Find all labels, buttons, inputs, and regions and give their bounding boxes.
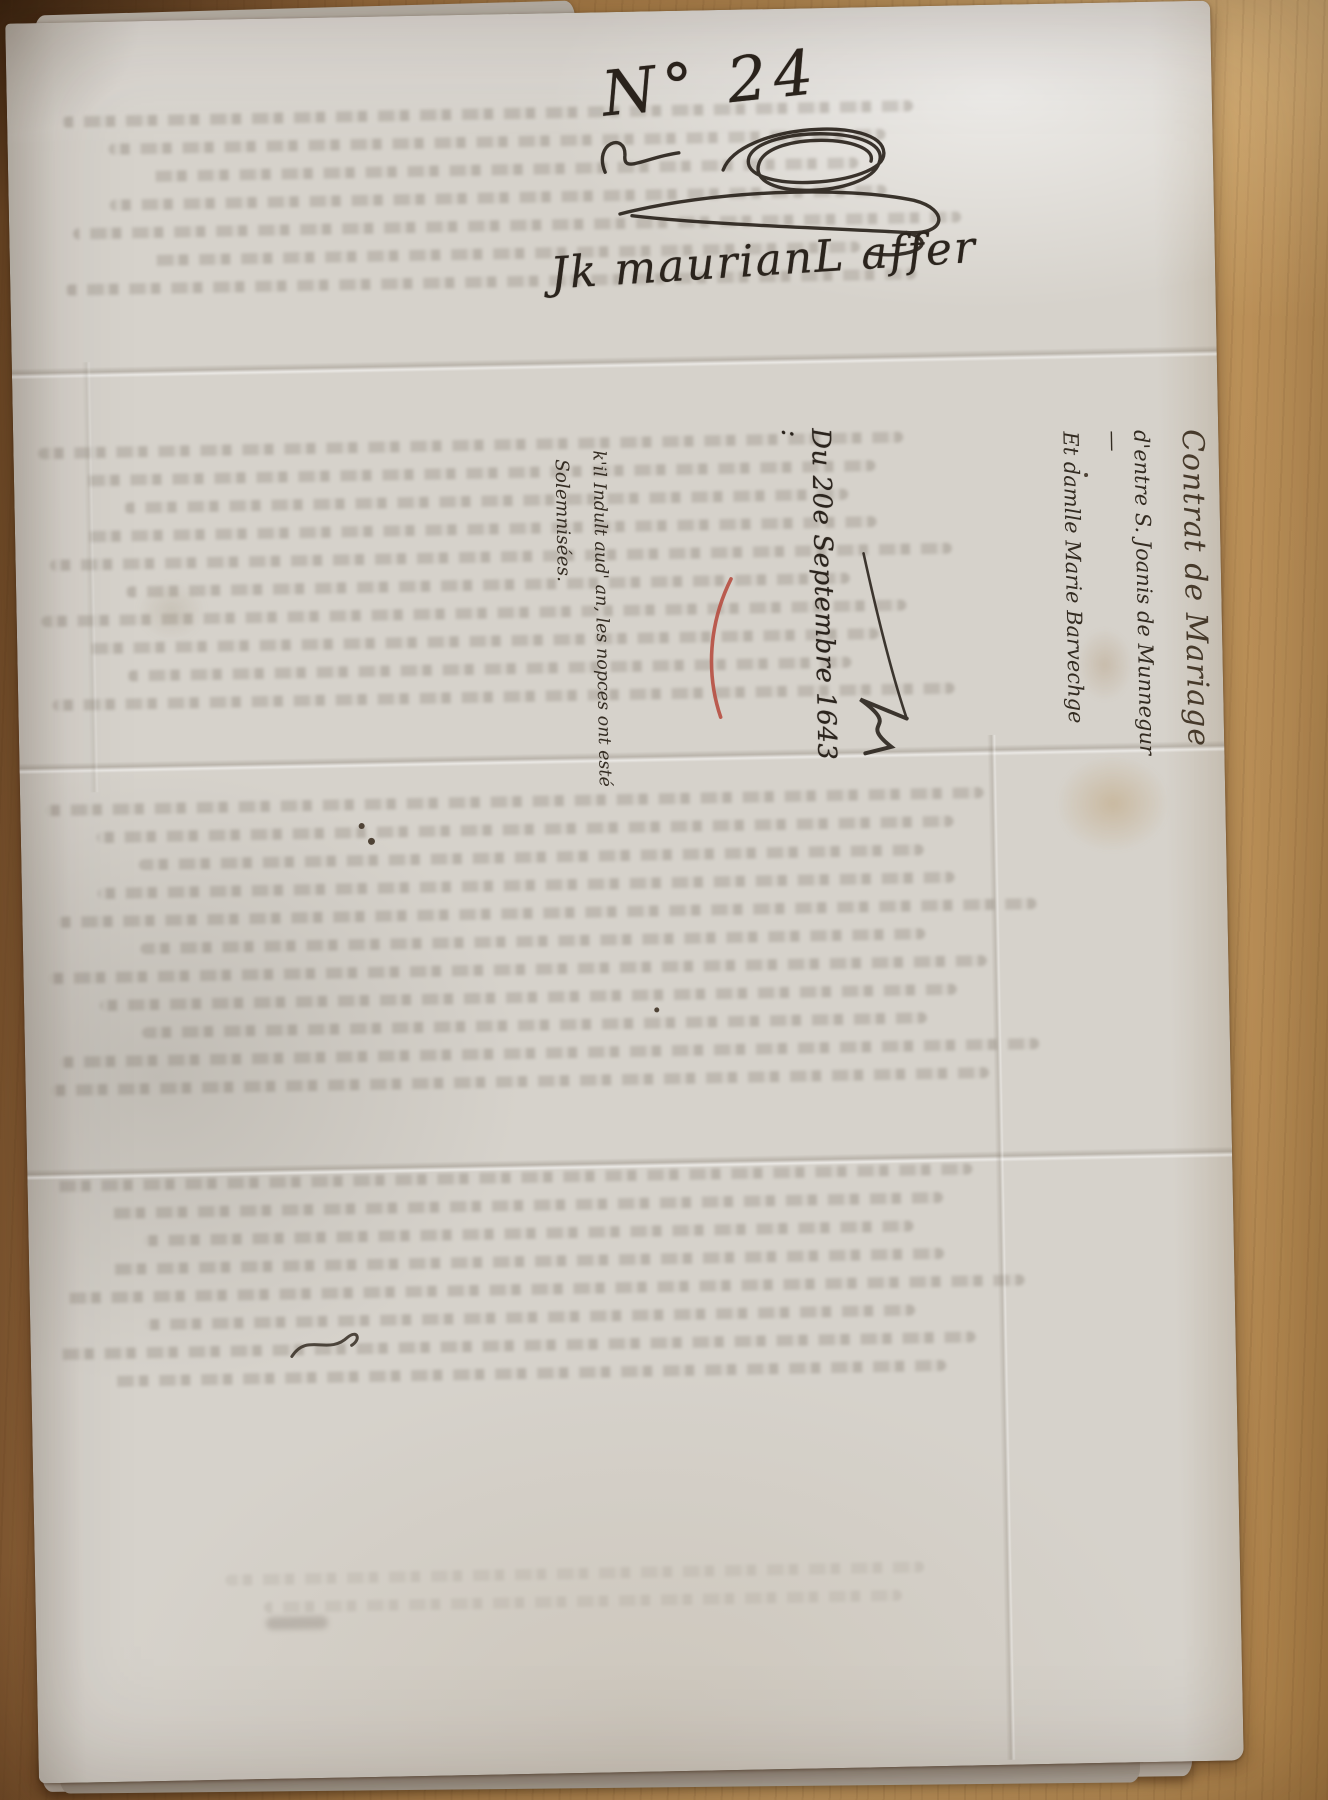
ghost-line [42, 600, 907, 628]
ghost-line [141, 1012, 926, 1038]
ghost-line [89, 628, 879, 654]
fold-crease [12, 346, 1217, 380]
ghost-line [104, 1248, 944, 1275]
ghost-line [60, 1038, 1039, 1068]
title-line: Contrat de Mariage [1171, 429, 1218, 764]
ghost-line [264, 1590, 902, 1613]
red-chalk-mark [696, 575, 745, 724]
title-line: Et damlle Marie Barvechge [1056, 431, 1091, 765]
ghost-line [144, 1221, 914, 1247]
note-line: Solemnisées. [542, 451, 587, 800]
date-line: Du 20e Septembre 1643 : [775, 428, 842, 769]
ghost-line [45, 787, 983, 816]
ink-bleedthrough-band [45, 786, 1071, 1114]
ink-speck [359, 823, 365, 829]
photo-scene: N° 24 Jk maurianL affer copie du Contrat… [0, 0, 1328, 1800]
ghost-line [38, 432, 903, 460]
dirt-smudge [266, 1616, 328, 1630]
stain-spot [1054, 754, 1171, 854]
note-line: k'il Indult aud' an, les nopces ont esté [579, 450, 622, 799]
ink-bleedthrough-band [225, 1560, 986, 1631]
marginal-note-block: k'il Indult aud' an, les nopces ont esté… [542, 450, 622, 799]
ghost-line [51, 1067, 989, 1096]
ghost-line [138, 844, 923, 870]
date-flourish [841, 546, 935, 763]
ghost-line [225, 1561, 924, 1585]
title-line: d'entre S. Joanis de Munnegur — [1098, 430, 1161, 765]
ghost-line [140, 928, 925, 954]
ghost-line [103, 1192, 943, 1219]
ghost-line [106, 1360, 946, 1387]
ghost-line [145, 1304, 915, 1330]
ghost-line [48, 955, 986, 984]
ghost-line [100, 984, 957, 1011]
title-line: copie du [1216, 428, 1244, 762]
ghost-line [58, 898, 1037, 928]
ghost-line [56, 1331, 976, 1360]
ghost-line [87, 516, 877, 542]
ghost-line [124, 489, 848, 514]
ghost-line [86, 460, 876, 486]
ink-squiggle-mark [285, 1323, 368, 1371]
rotated-title-block: copie du Contrat de Mariage d'entre S. J… [1001, 428, 1244, 767]
manuscript-paper: N° 24 Jk maurianL affer copie du Contrat… [5, 1, 1244, 1784]
ghost-line [98, 872, 955, 899]
ink-bleedthrough-band [52, 1162, 1056, 1405]
ghost-line [97, 816, 954, 843]
ink-speck [654, 1007, 659, 1012]
ghost-line [65, 1274, 1025, 1303]
ink-speck [368, 838, 375, 845]
